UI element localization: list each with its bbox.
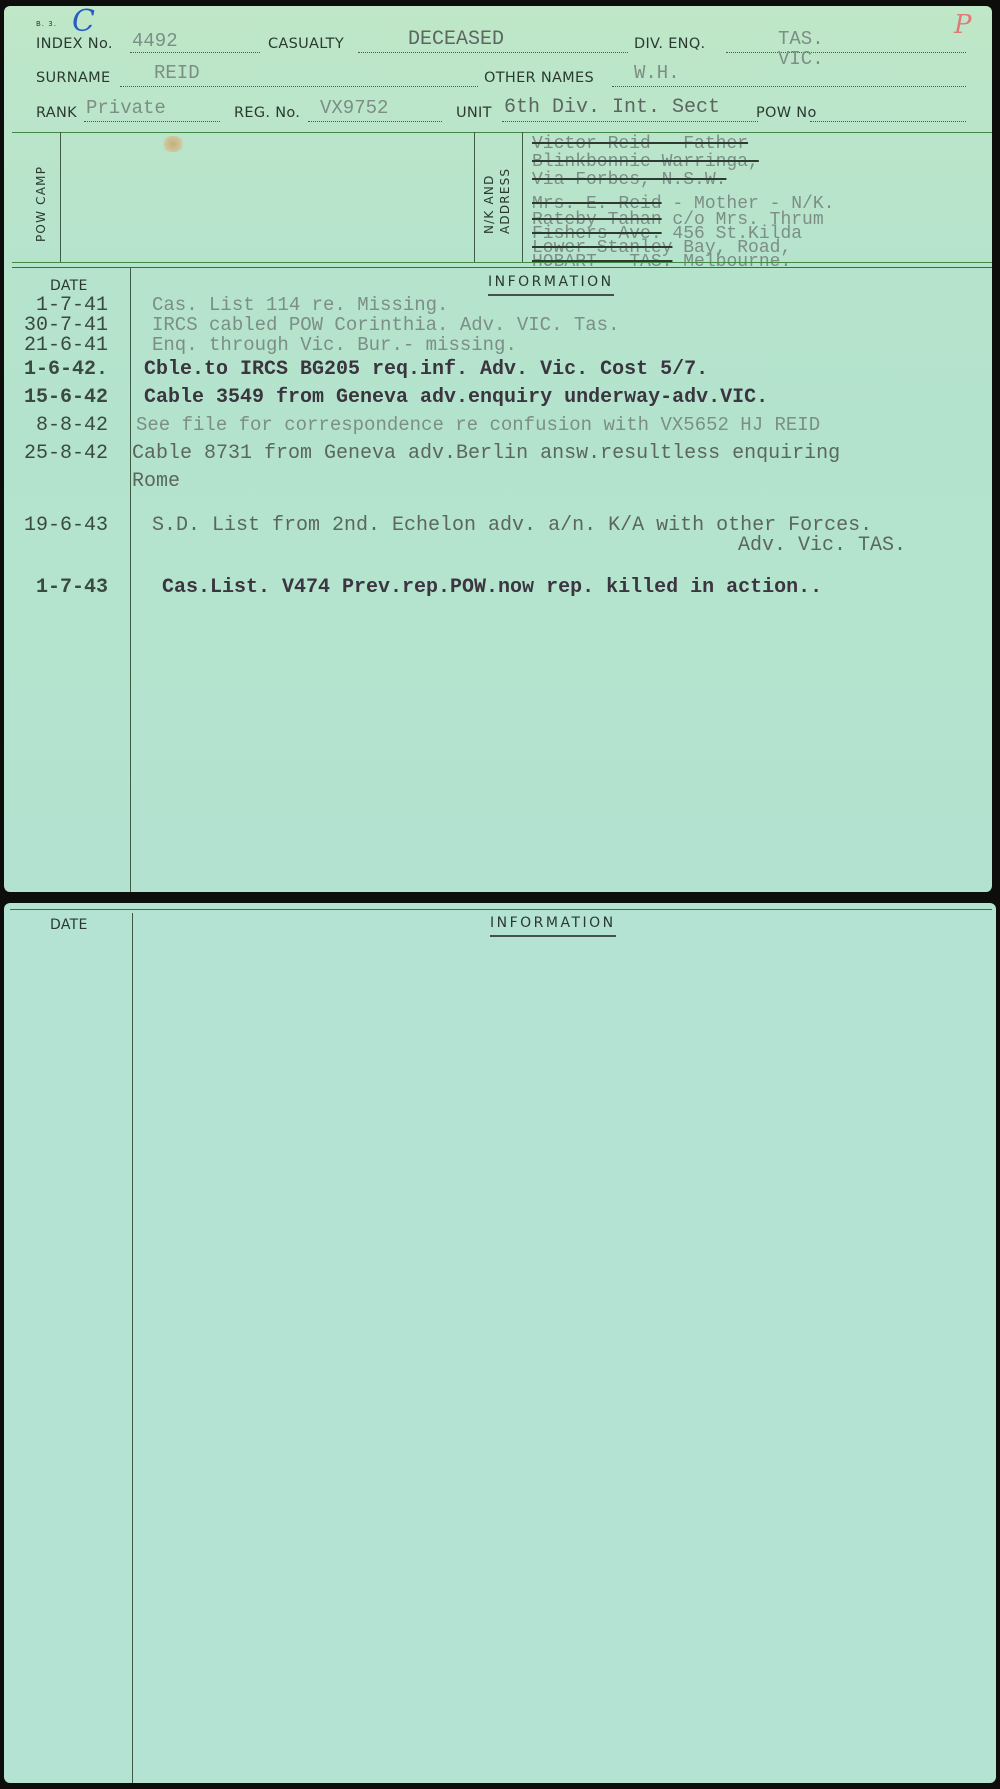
nk-label-1: N/K AND — [482, 174, 496, 234]
entry-text: IRCS cabled POW Corinthia. Adv. VIC. Tas… — [152, 314, 619, 336]
date-column-divider — [130, 268, 131, 892]
entry-date: 1-6-42. — [24, 358, 108, 381]
nk-struck-line: Victor Reid - Father — [532, 134, 748, 154]
form-code: B. 3. — [36, 20, 57, 28]
box-bottom-rule-2 — [12, 267, 992, 268]
entry-text: Cable 8731 from Geneva adv.Berlin answ.r… — [132, 442, 840, 465]
nk-struck-line: Via Forbes, N.S.W. — [532, 170, 726, 190]
entry-text: Cas.List. V474 Prev.rep.POW.now rep. kil… — [162, 576, 822, 599]
casualty-label: CASUALTY — [268, 36, 344, 52]
nk-label-2: ADDRESS — [498, 168, 512, 234]
information-header: INFORMATION — [488, 274, 614, 296]
entry-text: Cable 3549 from Geneva adv.enquiry under… — [144, 386, 768, 409]
surname-label: SURNAME — [36, 70, 110, 86]
unit-dotline — [502, 121, 758, 122]
pow-camp-divider — [60, 132, 61, 262]
other-names-value: W.H. — [634, 62, 680, 84]
casualty-dotline — [358, 52, 628, 53]
pow-no-label: POW No — [756, 105, 817, 121]
other-names-dotline — [612, 86, 966, 87]
record-card-back: DATE INFORMATION — [4, 903, 996, 1783]
reg-no-value: VX9752 — [320, 97, 388, 119]
box-bottom-rule — [12, 262, 992, 263]
record-card-front: B. 3. C P INDEX No. 4492 CASUALTY DECEAS… — [4, 6, 992, 892]
entry-date: 8-8-42 — [36, 414, 108, 437]
rank-value: Private — [86, 97, 166, 119]
entry-text: Cble.to IRCS BG205 req.inf. Adv. Vic. Co… — [144, 358, 708, 381]
back-top-rule — [10, 909, 992, 910]
reg-no-dotline — [308, 121, 442, 122]
unit-label: UNIT — [456, 105, 492, 121]
back-date-column-divider — [132, 913, 133, 1783]
entry-continuation: Adv. Vic. TAS. — [738, 534, 906, 557]
unit-value: 6th Div. Int. Sect — [504, 96, 720, 119]
entry-date: 19-6-43 — [24, 514, 108, 537]
div-enq-dotline — [726, 52, 966, 53]
handwritten-mark-c: C — [72, 4, 95, 39]
entry-text: See file for correspondence re confusion… — [136, 414, 820, 436]
surname-dotline — [120, 86, 478, 87]
handwritten-mark-p: P — [954, 10, 972, 40]
div-enq-label: DIV. ENQ. — [634, 36, 705, 52]
entry-continuation: Rome — [132, 470, 180, 493]
box-top-rule — [12, 132, 992, 133]
casualty-value: DECEASED — [408, 28, 504, 51]
index-no-label: INDEX No. — [36, 36, 113, 52]
div-enq-value-2: VIC. — [778, 48, 824, 70]
entry-date: 15-6-42 — [24, 386, 108, 409]
other-names-label: OTHER NAMES — [484, 70, 594, 86]
nk-right-divider — [522, 132, 523, 262]
paper-stain — [160, 136, 186, 152]
surname-value: REID — [154, 62, 200, 84]
entry-date: 25-8-42 — [24, 442, 108, 465]
pow-no-dotline — [810, 121, 966, 122]
nk-left-divider — [474, 132, 475, 262]
entry-date: 1-7-43 — [36, 576, 108, 599]
reg-no-label: REG. No. — [234, 105, 300, 121]
index-no-dotline — [130, 52, 260, 53]
nk-struck-line: Blinkbonnie Warringa, — [532, 152, 759, 172]
date-header: DATE — [50, 278, 88, 294]
pow-camp-label: POW CAMP — [34, 166, 48, 242]
entry-text: Cas. List 114 re. Missing. — [152, 294, 448, 316]
back-date-header: DATE — [50, 917, 88, 933]
entry-date: 21-6-41 — [24, 334, 108, 357]
rank-dotline — [84, 121, 220, 122]
div-enq-value-1: TAS. — [778, 28, 824, 50]
entry-text: Enq. through Vic. Bur.- missing. — [152, 334, 517, 356]
index-no-value: 4492 — [132, 30, 178, 52]
rank-label: RANK — [36, 105, 77, 121]
back-information-header: INFORMATION — [490, 915, 616, 937]
